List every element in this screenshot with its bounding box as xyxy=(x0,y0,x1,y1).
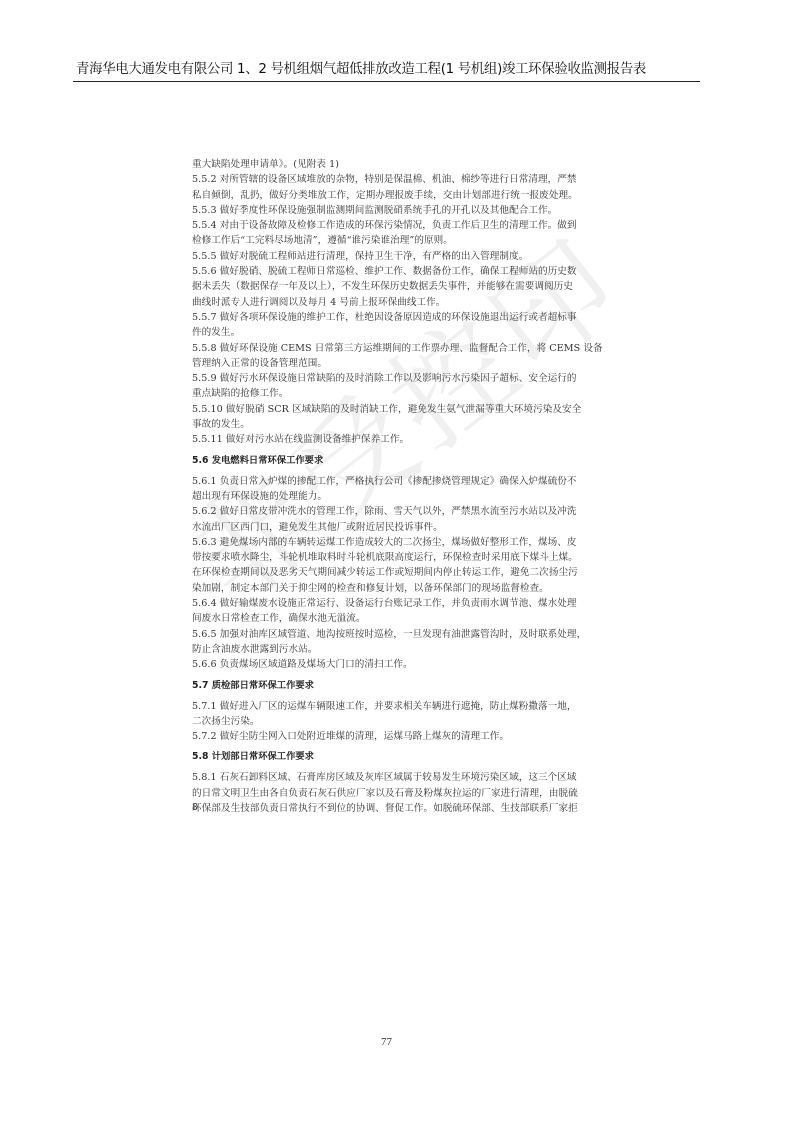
text-line: 据未丢失（数据保存一年及以上），不发生环保历史数据丢失事件，并能够在需要调阅历史 xyxy=(192,279,584,294)
text-line: 水流出厂区西门口，避免发生其他厂或附近居民投诉事件。 xyxy=(192,520,584,535)
text-line: 事故的发生。 xyxy=(192,417,584,432)
text-line: 重大缺陷处理申请单》。(见附表 1) xyxy=(192,157,584,172)
text-line: 件的发生。 xyxy=(192,325,584,340)
text-line: 超出现有环保设施的处理能力。 xyxy=(192,489,584,504)
text-line: 5.6.5 加强对油库区域管道、地沟按班按时巡检，一旦发现有油泄露管沟时，及时联… xyxy=(192,627,584,642)
section-heading: 5.6 发电燃料日常环保工作要求 xyxy=(192,453,584,468)
section-heading: 5.7 质检部日常环保工作要求 xyxy=(192,678,584,693)
text-line: 5.8.1 石灰石卸料区域、石膏库房区域及灰库区域属于较易发生环境污染区域，这三… xyxy=(192,770,584,785)
text-line: 5.5.6 做好脱硝、脱硫工程师日常巡检、维护工作、数据备份工作，确保工程师站的… xyxy=(192,264,584,279)
section-5-6: 5.6 发电燃料日常环保工作要求 5.6.1 负责日常入炉煤的掺配工作，严格执行… xyxy=(192,453,584,673)
text-line: 5.6.6 负责煤场区域道路及煤场大门口的清扫工作。 xyxy=(192,657,584,672)
intro-paragraphs: 重大缺陷处理申请单》。(见附表 1) 5.5.2 对所管辖的设备区域堆放的杂物，… xyxy=(192,157,584,448)
text-line: 5.6.1 负责日常入炉煤的掺配工作，严格执行公司《掺配掺烧管理规定》确保入炉煤… xyxy=(192,474,584,489)
text-line: 5.5.4 对由于设备故障及检修工作造成的环保污染情况，负责工作后卫生的清理工作… xyxy=(192,218,584,233)
text-line: 二次扬尘污染。 xyxy=(192,714,584,729)
text-line: 5.5.3 做好季度性环保设施强制监测期间监测脱硝系统手孔的开孔以及其他配合工作… xyxy=(192,203,584,218)
text-line: 间废水日常检查工作，确保水池无溢流。 xyxy=(192,611,584,626)
text-line: 曲线时派专人进行调阅以及每月 4 号前上报环保曲线工作。 xyxy=(192,295,584,310)
text-line: 5.5.5 做好对脱硫工程师站进行清理，保持卫生干净，有严格的出入管理制度。 xyxy=(192,249,584,264)
text-line: 私自倾倒，乱扔，做好分类堆放工作，定期办理报废手续，交由计划部进行统一报废处理。 xyxy=(192,188,584,203)
text-line: 5.7.2 做好尘防尘网入口处附近堆煤的清理，运煤马路上煤灰的清理工作。 xyxy=(192,729,584,744)
text-line: 5.5.7 做好各项环保设施的维护工作，杜绝因设备原因造成的环保设施退出运行或者… xyxy=(192,310,584,325)
document-header-title: 青海华电大通发电有限公司 1、2 号机组烟气超低排放改造工程(1 号机组)竣工环… xyxy=(76,58,706,77)
section-heading: 5.8 计划部日常环保工作要求 xyxy=(192,749,584,764)
section-5-8: 5.8 计划部日常环保工作要求 5.8.1 石灰石卸料区域、石膏库房区域及灰库区… xyxy=(192,749,584,816)
text-line: 5.5.10 做好脱硝 SCR 区域缺陷的及时消缺工作，避免发生氨气泄漏等重大环… xyxy=(192,402,584,417)
text-line: 5.7.1 做好进入厂区的运煤车辆限速工作，并要求相关车辆进行遮掩，防止煤粉撒落… xyxy=(192,699,584,714)
text-line: 5.6.3 避免煤场内部的车辆转运煤工作造成较大的二次扬尘，煤场做好整形工作，煤… xyxy=(192,535,584,550)
text-line: 带按要求喷水降尘，斗轮机堆取料时斗轮机底限高度运行，环保检查时采用底下煤斗上煤。 xyxy=(192,550,584,565)
section-5-7: 5.7 质检部日常环保工作要求 5.7.1 做好进入厂区的运煤车辆限速工作，并要… xyxy=(192,678,584,745)
page-number: 77 xyxy=(381,1036,392,1048)
inner-page-number: 8 xyxy=(192,803,198,813)
text-line: 5.6.4 做好输煤废水设施正常运行、设备运行台账记录工作，并负责雨水调节池、煤… xyxy=(192,596,584,611)
text-line: 管理纳入正常的设备管理范围。 xyxy=(192,356,584,371)
text-line: 在环保检查期间以及恶劣天气期间减少转运工作或短期间内停止转运工作，避免二次扬尘污 xyxy=(192,565,584,580)
text-line: 5.6.2 做好日常皮带冲洗水的管理工作，除雨、雪天气以外，严禁黑水流至污水站以… xyxy=(192,504,584,519)
text-line: 5.5.9 做好污水环保设施日常缺陷的及时消除工作以及影响污水污染因子超标、安全… xyxy=(192,371,584,386)
text-line: 染加剧，制定本部门关于抑尘网的检查和修复计划，以备环保部门的现场监督检查。 xyxy=(192,581,584,596)
text-line: 的日常文明卫生由各自负责石灰石供应厂家以及石膏及粉煤灰拉运的厂家进行清理，由脱硫 xyxy=(192,786,584,801)
text-line: 5.5.2 对所管辖的设备区域堆放的杂物，特别是保温棉、机油、棉纱等进行日常清理… xyxy=(192,172,584,187)
text-line: 5.5.11 做好对污水站在线监测设备维护保养工作。 xyxy=(192,432,584,447)
header-divider xyxy=(73,81,700,82)
text-line: 5.5.8 做好环保设施 CEMS 日常第三方运维期间的工作票办理、监督配合工作… xyxy=(192,341,584,356)
text-line: 重点缺陷的抢修工作。 xyxy=(192,386,584,401)
text-line: 防止含油废水泄露到污水站。 xyxy=(192,642,584,657)
text-line: 环保部及生技部负责日常执行不到位的协调、督促工作。如脱硫环保部、生技部联系厂家拒 xyxy=(192,801,584,816)
document-body: 重大缺陷处理申请单》。(见附表 1) 5.5.2 对所管辖的设备区域堆放的杂物，… xyxy=(192,157,584,816)
text-line: 检修工作后“工完料尽场地清”，遵循“谁污染谁治理”的原则。 xyxy=(192,233,584,248)
